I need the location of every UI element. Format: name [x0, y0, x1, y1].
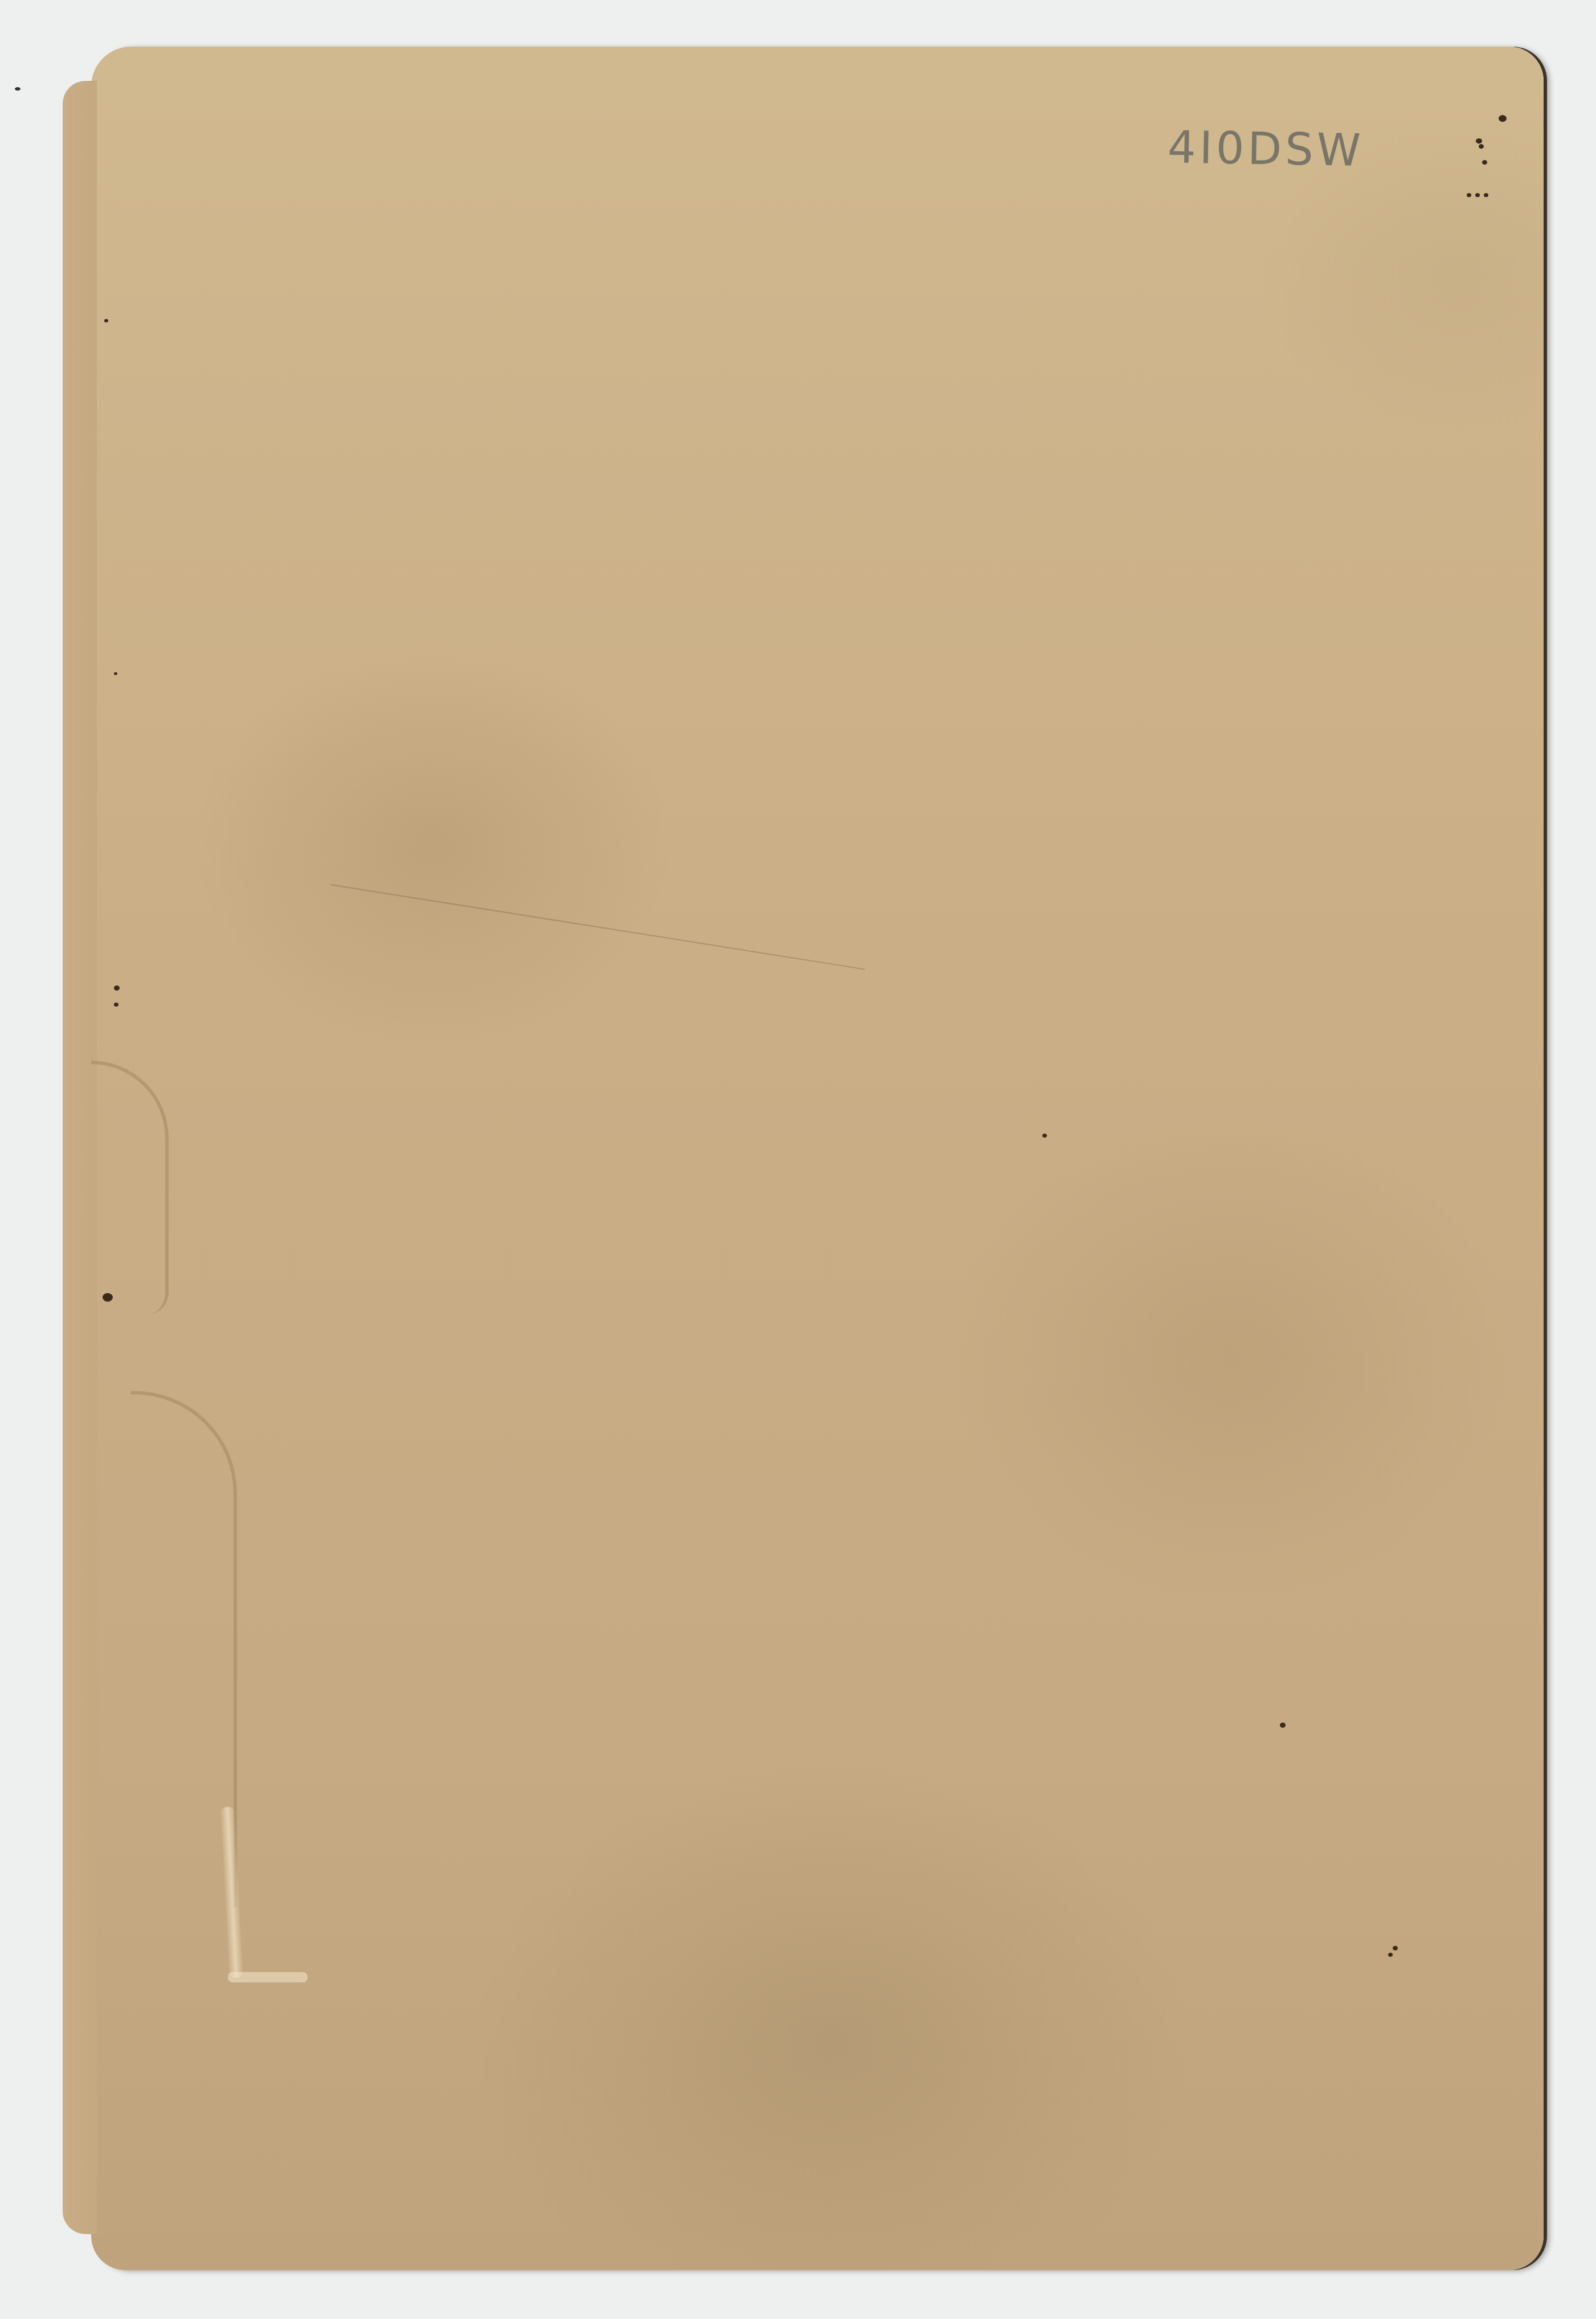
foxing-spot: [1499, 115, 1507, 122]
foxing-spot: [114, 672, 117, 675]
foxing-spot: [114, 985, 120, 991]
abrasion-crease-foot: [228, 1972, 308, 1982]
foxing-spot: [1479, 144, 1484, 149]
foxing-spot: [1393, 1946, 1398, 1950]
foxing-spot: [104, 319, 108, 322]
cabinet-card-back: 4I0DSW: [91, 47, 1544, 2270]
dust-speck: [15, 87, 21, 91]
foxing-spot: [1476, 138, 1482, 144]
water-stain-lower: [131, 1391, 237, 1907]
surface-scratch: [330, 884, 865, 970]
foxing-spot: [1475, 193, 1480, 197]
foxing-spot: [1482, 160, 1487, 165]
water-stain-upper: [91, 1061, 169, 1315]
pencil-inscription: 4I0DSW: [1167, 122, 1364, 177]
foxing-spot: [1042, 1134, 1047, 1138]
foxing-spot: [103, 1293, 113, 1302]
foxing-spot: [1484, 193, 1488, 197]
foxing-spot: [114, 1003, 118, 1007]
foxing-spot: [1280, 1723, 1286, 1728]
foxing-spot: [1388, 1953, 1393, 1957]
foxing-spot: [1467, 193, 1471, 197]
